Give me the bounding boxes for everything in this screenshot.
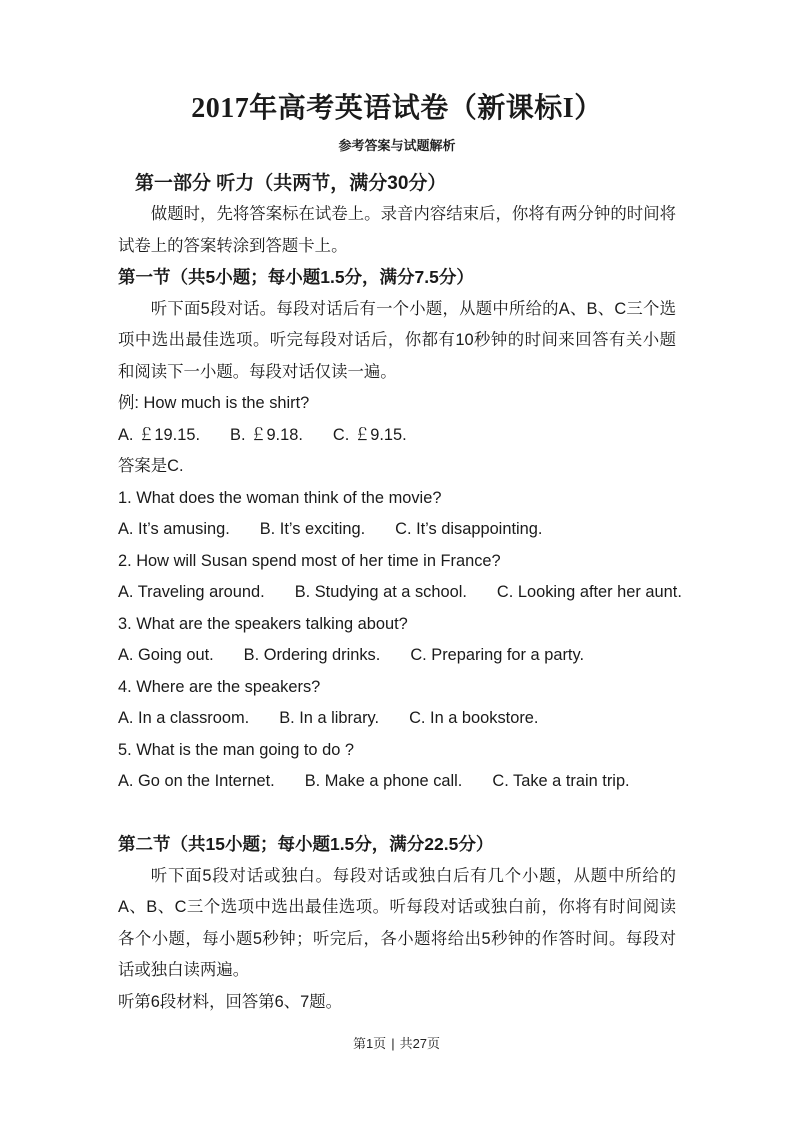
options-row: A. Go on the Internet.B. Make a phone ca… — [118, 766, 676, 798]
part-heading: 第一部分 听力（共两节，满分30分） — [118, 169, 676, 199]
option-item: B. Make a phone call. — [305, 766, 463, 798]
option-item: A. In a classroom. — [118, 703, 249, 735]
option-item: A. It’s amusing. — [118, 514, 230, 546]
footer-separator: | — [391, 1036, 394, 1051]
option-item: C. Take a train trip. — [492, 766, 629, 798]
option-item: B. ￡9.18. — [230, 420, 303, 452]
options-row: A. Traveling around.B. Studying at a sch… — [118, 577, 676, 609]
document-title: 2017年高考英语试卷（新课标I） — [118, 91, 676, 127]
document-content: 2017年高考英语试卷（新课标I） 参考答案与试题解析 第一部分 听力（共两节，… — [0, 0, 793, 1018]
options-row: A. It’s amusing.B. It’s exciting.C. It’s… — [118, 514, 676, 546]
text-line: 3. What are the speakers talking about? — [118, 609, 676, 641]
paragraph: 听下面5段对话。每段对话后有一个小题，从题中所给的A、B、C三个选项中选出最佳选… — [118, 294, 676, 389]
text-line: 例: How much is the shirt? — [118, 388, 676, 420]
text-line: 答案是C. — [118, 451, 676, 483]
option-item: B. Ordering drinks. — [244, 640, 381, 672]
option-item: A. Traveling around. — [118, 577, 265, 609]
option-item: C. Looking after her aunt. — [497, 577, 682, 609]
options-row: A. Going out.B. Ordering drinks.C. Prepa… — [118, 640, 676, 672]
text-line: 听第6段材料，回答第6、7题。 — [118, 987, 676, 1019]
paragraph: 做题时，先将答案标在试卷上。录音内容结束后，你将有两分钟的时间将试卷上的答案转涂… — [118, 199, 676, 262]
section-heading: 第一节（共5小题；每小题1.5分，满分7.5分） — [118, 262, 676, 294]
option-item: B. Studying at a school. — [295, 577, 467, 609]
options-row: A. ￡19.15.B. ￡9.18.C. ￡9.15. — [118, 420, 676, 452]
option-item: C. It’s disappointing. — [395, 514, 542, 546]
options-row: A. In a classroom.B. In a library.C. In … — [118, 703, 676, 735]
option-item: A. Go on the Internet. — [118, 766, 275, 798]
option-item: C. ￡9.15. — [333, 420, 407, 452]
text-line: 4. Where are the speakers? — [118, 672, 676, 704]
section-heading: 第二节（共15小题；每小题1.5分，满分22.5分） — [118, 829, 676, 861]
document-body: 第一部分 听力（共两节，满分30分）做题时，先将答案标在试卷上。录音内容结束后，… — [118, 169, 676, 1018]
page-count: 共27页 — [400, 1036, 440, 1051]
option-item: A. ￡19.15. — [118, 420, 200, 452]
text-line: 2. How will Susan spend most of her time… — [118, 546, 676, 578]
text-line: 1. What does the woman think of the movi… — [118, 483, 676, 515]
page-number: 第1页 — [353, 1036, 386, 1051]
option-item: C. Preparing for a party. — [410, 640, 584, 672]
option-item: B. It’s exciting. — [260, 514, 365, 546]
paragraph: 听下面5段对话或独白。每段对话或独白后有几个小题，从题中所给的A、B、C三个选项… — [118, 861, 676, 987]
page-footer: 第1页|共27页 — [0, 1034, 793, 1054]
option-item: A. Going out. — [118, 640, 214, 672]
exam-document-page: 2017年高考英语试卷（新课标I） 参考答案与试题解析 第一部分 听力（共两节，… — [0, 0, 793, 1122]
option-item: C. In a bookstore. — [409, 703, 538, 735]
blank-line — [118, 798, 676, 830]
text-line: 5. What is the man going to do ? — [118, 735, 676, 767]
document-subtitle: 参考答案与试题解析 — [118, 136, 676, 156]
option-item: B. In a library. — [279, 703, 379, 735]
